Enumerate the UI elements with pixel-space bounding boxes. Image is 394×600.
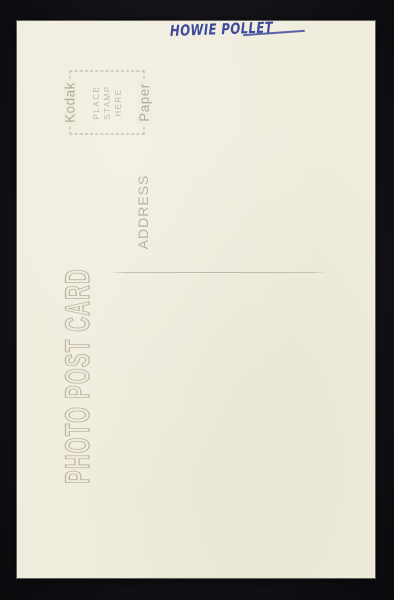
handwritten-name: HOWIE POLLET [170,21,274,40]
address-label: ADDRESS [135,173,151,251]
stamp-box: Kodak PLACE STAMP HERE Paper [70,71,145,135]
place-stamp-line: STAMP [102,72,113,134]
place-stamp-line: PLACE [91,72,102,134]
address-divider-line [110,272,327,273]
photo-background: HOWIE POLLET Kodak PLACE STAMP HERE Pape… [0,0,394,600]
postcard-back: HOWIE POLLET Kodak PLACE STAMP HERE Pape… [17,21,375,578]
stamp-box-kodak-label: Kodak [62,79,77,126]
place-stamp-here-text: PLACE STAMP HERE [91,72,124,134]
stamp-box-paper-label: Paper [137,80,152,125]
place-stamp-line: HERE [113,72,124,134]
photo-post-card-label: PHOTO POST CARD [59,259,97,493]
